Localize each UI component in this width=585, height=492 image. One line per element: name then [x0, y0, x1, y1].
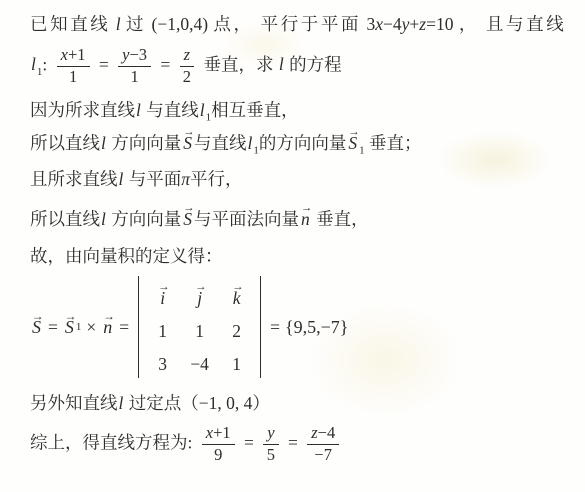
fraction-z-final: z−4 −7 [306, 424, 340, 465]
vector-arrow-icon: → [65, 309, 77, 324]
text-with-plane: 与平面 [124, 169, 181, 189]
fraction-y: y−3 1 [117, 46, 152, 87]
determinant-row-unit-vectors: →i →j →k [144, 279, 255, 309]
determinant: →i →j →k 1 1 2 3 −4 1 [138, 276, 261, 378]
denominator: 5 [263, 445, 278, 465]
text-so-line: 所以直线 [30, 209, 100, 229]
text-and-line: 且所求直线 [30, 169, 118, 189]
det-cell-i: →i [144, 279, 181, 309]
numerator: x+1 [57, 46, 90, 67]
text-direction-vector-of: 的方向向量 [259, 133, 347, 153]
text-direction-vector: 方向向量 [107, 133, 181, 153]
vector-arrow-icon: → [103, 309, 115, 324]
problem-statement-line-1: 已知直线 l 过 (−1,0,4) 点， 平行于平面 3x−4y+z=10 ， … [30, 11, 566, 36]
denominator: 1 [57, 67, 90, 87]
text-passes-fixed-point: 过定点 [124, 393, 181, 413]
math-var-l: l [101, 209, 106, 229]
text-parallel: 平行， [190, 169, 243, 189]
text-so-line: 所以直线 [30, 133, 100, 153]
det-cell-k: →k [218, 279, 255, 309]
cross-product-equation: →S = →S1 × →n = →i →j →k 1 1 2 3 −4 1 = … [30, 276, 348, 378]
det-cell: 1 [144, 321, 181, 342]
vector-arrow-icon: → [183, 126, 195, 138]
vector-j: →j [197, 288, 202, 309]
denominator: 2 [180, 67, 194, 87]
denominator: −7 [307, 445, 339, 465]
vector-s1: →S [65, 317, 74, 338]
text-through: 过 [126, 14, 146, 34]
vector-i: →i [160, 288, 165, 309]
text-also-know-line: 另外知直线 [30, 393, 118, 413]
text-equation-of: 的方程 [289, 54, 342, 74]
equals-sign: = [288, 432, 298, 452]
math-var-l1: l [200, 100, 205, 120]
det-cell: 2 [218, 321, 255, 342]
fraction-x: x+1 1 [56, 46, 91, 87]
text-with-line: 与直线 [194, 133, 247, 153]
text-perpendicular: 垂直， [312, 209, 369, 229]
det-cell: 1 [181, 321, 218, 342]
determinant-row-s1: 1 1 2 [144, 321, 255, 342]
vector-s: →S [32, 317, 41, 338]
det-cell-j: →j [181, 279, 218, 309]
vector-arrow-icon: → [32, 309, 44, 324]
det-cell: −4 [181, 354, 218, 375]
vector-arrow-icon: → [158, 281, 170, 293]
det-cell: 3 [144, 354, 181, 375]
conclusion-line: 综上，得直线方程为: x+1 9 = y 5 = z−4 −7 [30, 424, 344, 465]
text-because: 因为所求直线 [30, 100, 135, 120]
text-perpendicular-find: 垂直，求 [203, 54, 273, 74]
fraction-y-final: y 5 [262, 424, 279, 465]
math-var-l: l [119, 169, 124, 189]
math-var-pi: π [181, 169, 190, 189]
math-var-l: l [101, 133, 106, 153]
numerator: x+1 [202, 424, 235, 445]
vector-s: →S [183, 133, 192, 154]
numerator: y−3 [118, 46, 151, 67]
numerator: z [180, 46, 194, 67]
reasoning-line-3: 且所求直线l 与平面π平行， [30, 166, 243, 191]
vector-k: →k [233, 288, 241, 309]
vector-n: →n [301, 209, 310, 230]
text-with-line: 与直线 [142, 100, 199, 120]
math-var-l: l [136, 100, 141, 120]
numerator: y [263, 424, 278, 445]
text-and-line: ， 且与直线 [459, 14, 566, 34]
math-fixed-point: （−1, 0, 4） [181, 393, 270, 413]
reasoning-line-5: 故，由向量积的定义得： [30, 243, 223, 268]
denominator: 1 [118, 67, 151, 87]
reasoning-line-1: 因为所求直线l 与直线l1相互垂直， [30, 97, 299, 122]
equals-sign: = [160, 54, 170, 74]
math-solution-document: 已知直线 l 过 (−1,0,4) 点， 平行于平面 3x−4y+z=10 ， … [0, 0, 585, 492]
equals-sign: = [99, 54, 109, 74]
reasoning-line-2: 所以直线l 方向向量→S与直线l1的方向向量→S1 垂直； [30, 130, 422, 155]
numerator: z−4 [307, 424, 339, 445]
colon: : [42, 54, 47, 74]
scan-stain [435, 130, 555, 190]
text-given: 已知直线 [30, 14, 110, 34]
determinant-row-n: 3 −4 1 [144, 354, 255, 375]
vector-arrow-icon: → [301, 202, 313, 214]
text-parallel-plane: 点， 平行于平面 [213, 14, 361, 34]
math-var-l: l [116, 14, 121, 34]
vector-n: →n [103, 317, 112, 338]
problem-statement-line-2: l1: x+1 1 = y−3 1 = z 2 垂直，求 l 的方程 [30, 46, 342, 87]
result-vector: {9,5,−7} [285, 317, 348, 338]
text-direction-vector: 方向向量 [107, 209, 181, 229]
det-cell: 1 [218, 354, 255, 375]
vector-arrow-icon: → [348, 126, 360, 138]
vector-s: →S [183, 209, 192, 230]
fixed-point-line: 另外知直线l 过定点（−1, 0, 4） [30, 390, 270, 415]
vector-s1: →S [348, 133, 357, 154]
fraction-x-final: x+1 9 [201, 424, 236, 465]
text-mutually-perpendicular: 相互垂直， [211, 100, 299, 120]
text-in-summary: 综上，得直线方程为: [30, 432, 192, 452]
vector-arrow-icon: → [195, 281, 207, 293]
reasoning-line-4: 所以直线l 方向向量→S与平面法向量→n 垂直， [30, 206, 369, 231]
equals-sign: = [244, 432, 254, 452]
vector-arrow-icon: → [232, 281, 244, 293]
equals-sign: = [48, 317, 58, 338]
text-by-cross-product-definition: 故，由向量积的定义得： [30, 246, 223, 266]
math-var-l: l [119, 393, 124, 413]
math-point: (−1,0,4) [152, 14, 209, 34]
fraction-z: z 2 [179, 46, 195, 87]
vector-arrow-icon: → [183, 202, 195, 214]
math-var-l1: l [31, 54, 36, 74]
times-sign: × [86, 317, 96, 338]
math-var-l: l [279, 54, 284, 74]
denominator: 9 [202, 445, 235, 465]
text-perpendicular: 垂直； [365, 133, 422, 153]
equals-sign: = [270, 317, 280, 338]
equals-sign: = [119, 317, 129, 338]
math-var-l1: l [248, 133, 253, 153]
math-plane-equation: 3x−4y+z=10 [366, 14, 453, 34]
text-plane-normal-vector: 与平面法向量 [194, 209, 299, 229]
